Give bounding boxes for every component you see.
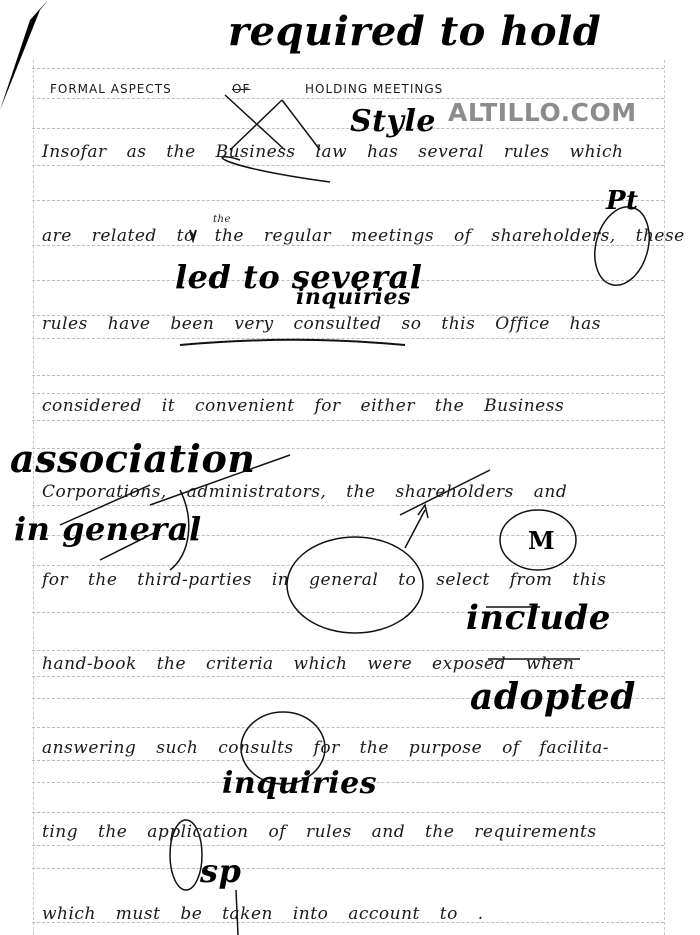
body-line-4: considered it convenient for either the … bbox=[42, 396, 564, 416]
annotation-m: M bbox=[528, 526, 555, 555]
body-line-1: Insofar as the Business law has several … bbox=[42, 142, 623, 162]
handwritten-page: ALTILLO.COM FORMAL ASPECTS OF HOLDING ME… bbox=[0, 0, 700, 935]
body-line-3: rules have been very consulted so this O… bbox=[42, 314, 601, 334]
annotation-inquiries-2: inquiries bbox=[222, 766, 377, 801]
body-line-7: hand-book the criteria which were expose… bbox=[42, 654, 574, 674]
annotation-inquiries-1: inquiries bbox=[296, 284, 411, 310]
heading-struck-word: OF bbox=[232, 82, 250, 96]
annotation-superscript-the: the bbox=[213, 214, 231, 225]
watermark: ALTILLO.COM bbox=[448, 98, 637, 127]
body-line-5: Corporations, administrators, the shareh… bbox=[42, 482, 567, 502]
body-line-9: ting the application of rules and the re… bbox=[42, 822, 597, 842]
annotation-sp: sp bbox=[200, 852, 241, 890]
annotation-include: include bbox=[466, 598, 611, 638]
body-line-8: answering such consults for the purpose … bbox=[42, 738, 609, 758]
body-line-6: for the third-parties in general to sele… bbox=[42, 570, 606, 590]
body-line-2: are related to the regular meetings of s… bbox=[42, 226, 685, 246]
annotation-in-general: in general bbox=[14, 510, 202, 548]
annotation-required-to-hold: required to hold bbox=[228, 8, 601, 55]
annotation-style: Style bbox=[350, 104, 436, 139]
annotation-pt: Pt bbox=[606, 186, 639, 216]
heading-left: FORMAL ASPECTS bbox=[50, 82, 172, 96]
body-line-10: which must be taken into account to . bbox=[42, 904, 484, 924]
annotation-association: association bbox=[10, 436, 255, 481]
annotation-adopted: adopted bbox=[470, 676, 636, 718]
heading-right: HOLDING MEETINGS bbox=[305, 82, 443, 96]
